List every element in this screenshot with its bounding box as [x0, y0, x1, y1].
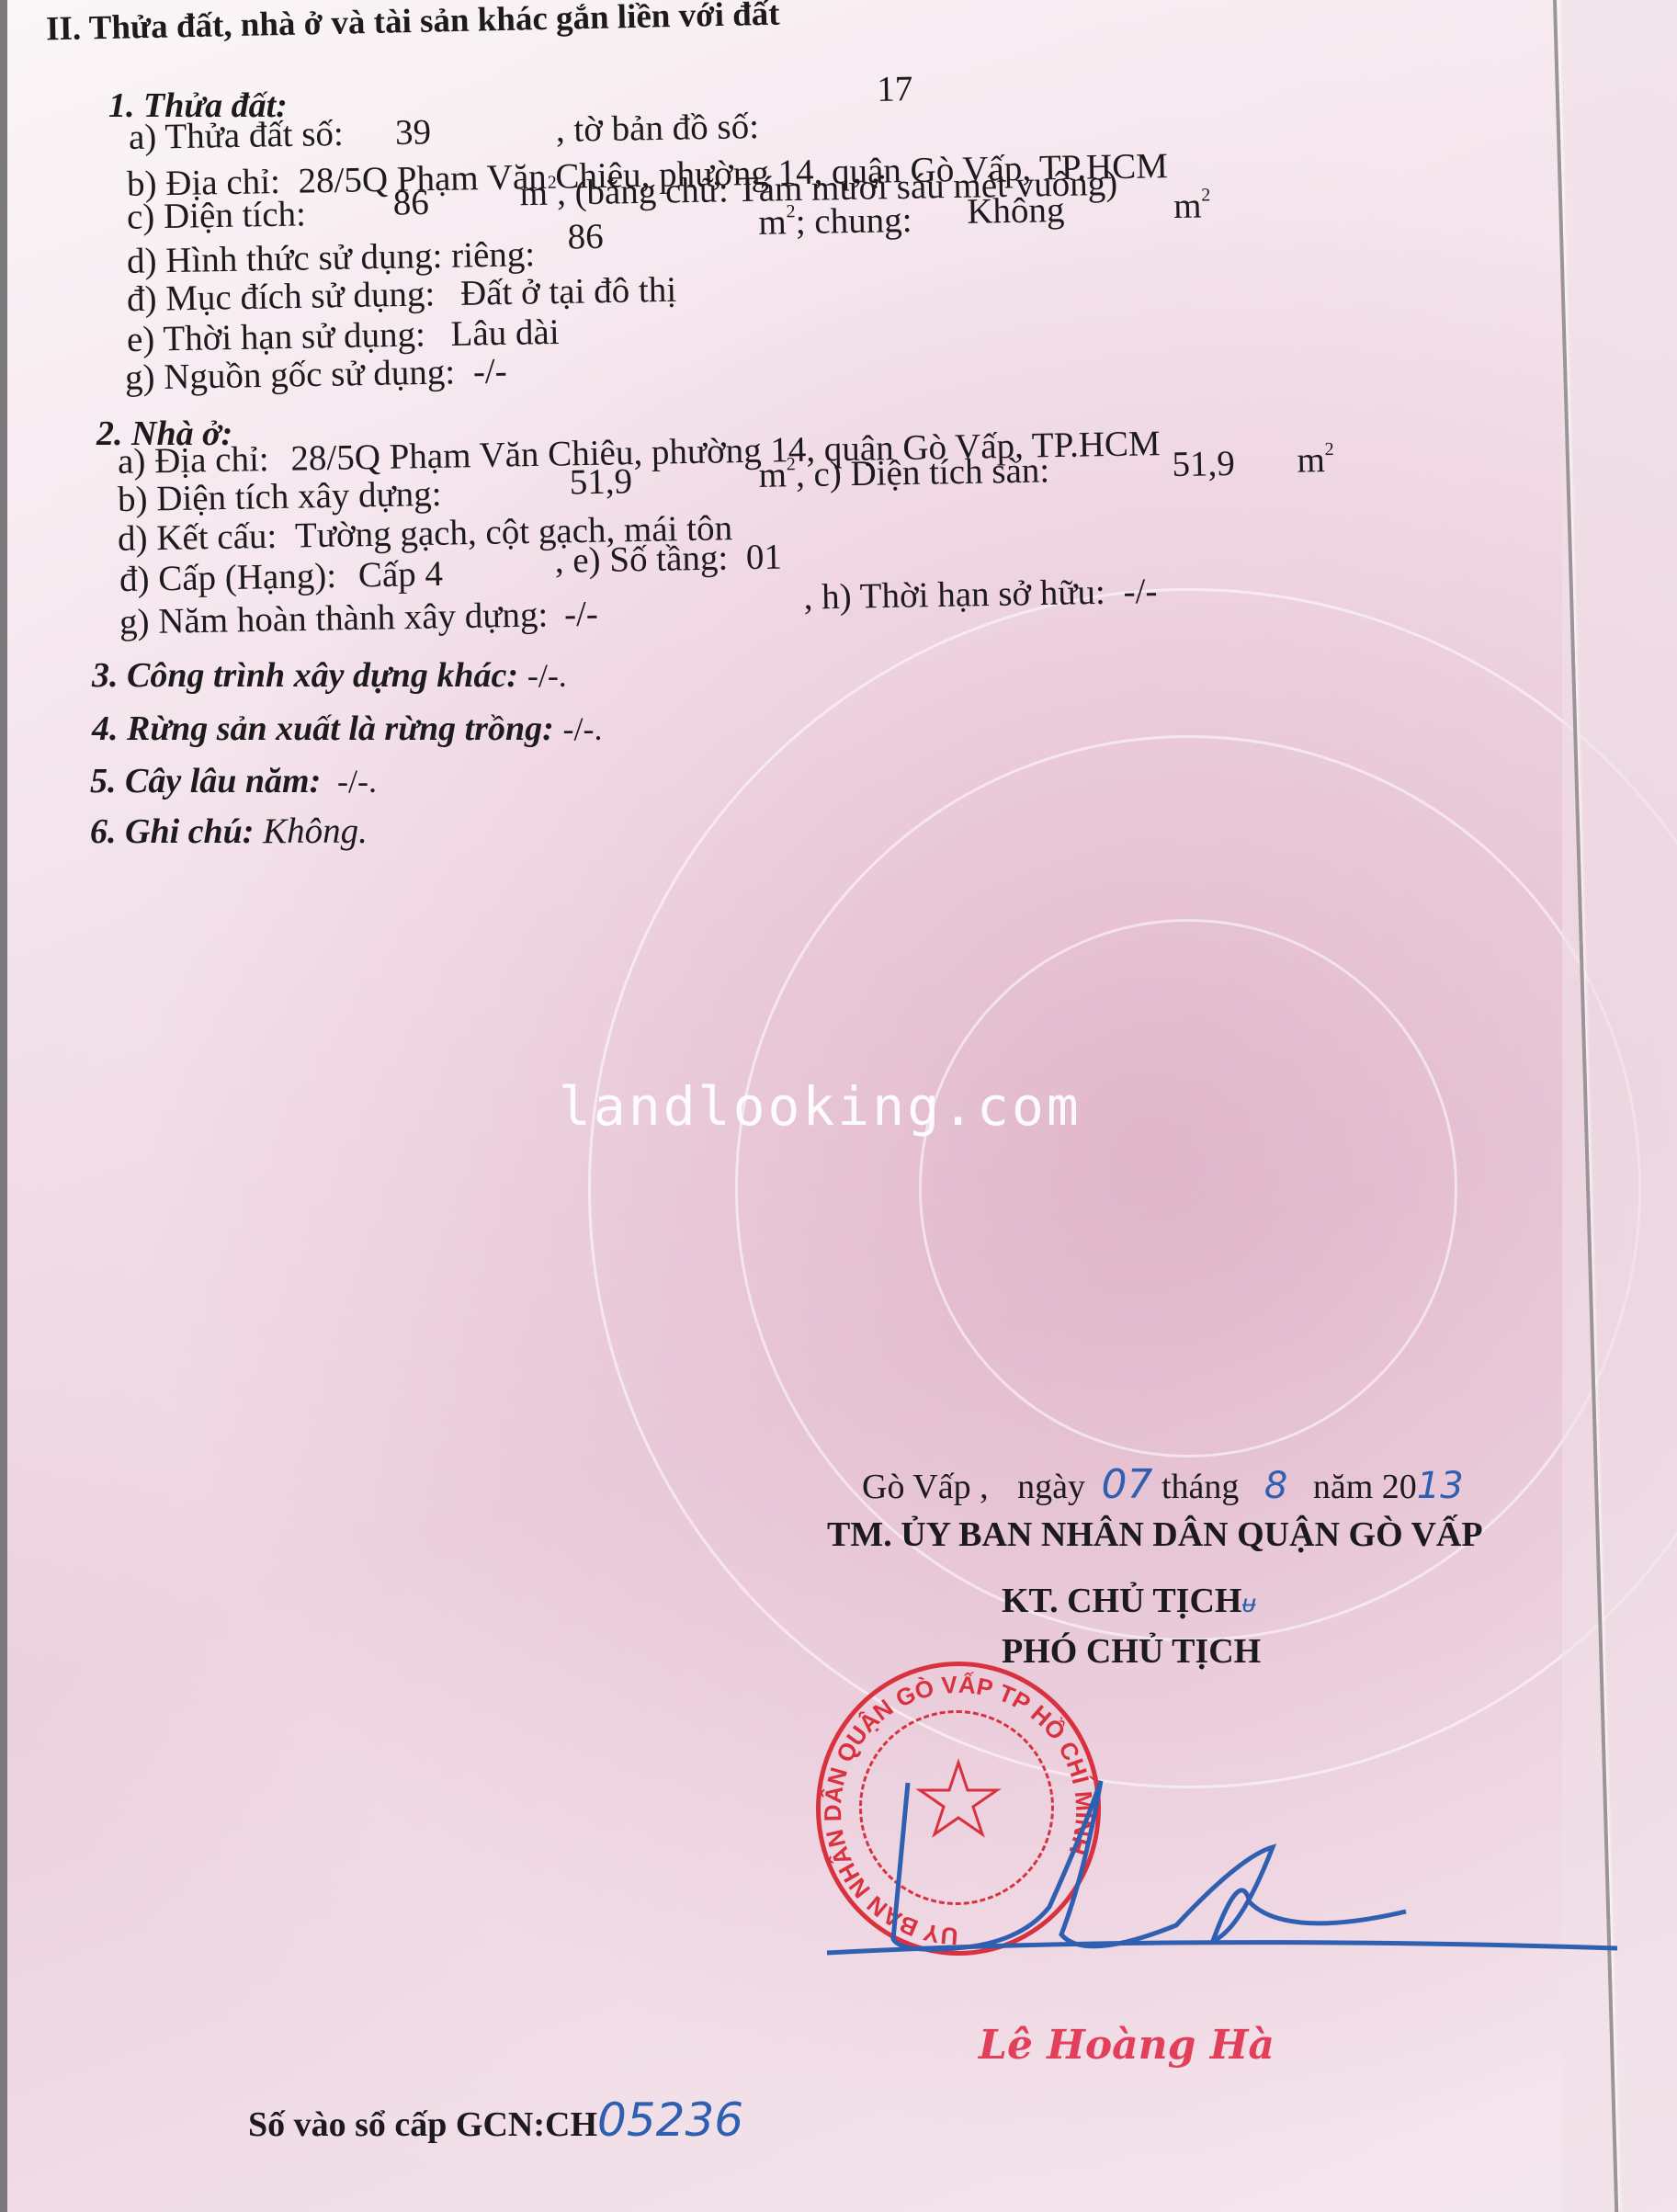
on-behalf-label: KT. CHỦ TỊCH [1002, 1582, 1241, 1620]
parcel-number: 39 [395, 111, 432, 153]
grade: Cấp 4 [357, 554, 443, 596]
bronze-drum-ring-inner [919, 919, 1457, 1458]
note-value: Không. [263, 811, 368, 851]
ownership-term: -/- [1123, 572, 1158, 612]
floor-area-label: , c) Diện tích sàn: [796, 450, 1050, 494]
signature-scribble [809, 1728, 1636, 1967]
year-label: năm 20 [1313, 1468, 1417, 1506]
purpose-label: đ) Mục đích sử dụng: [127, 274, 436, 319]
forest-label: 4. Rừng sản xuất là rừng trồng: [92, 709, 554, 748]
completion-label: g) Năm hoàn thành xây dựng: [119, 595, 549, 641]
origin-row: g) Nguồn gốc sử dụng: -/- [125, 350, 507, 398]
scan-edge [0, 0, 7, 2212]
purpose-row: đ) Mục đích sử dụng: Đất ở tại đô thị [127, 269, 677, 320]
land-area-row: c) Diện tích: 86 m2, (bằng chữ: Tám mươi… [127, 193, 307, 237]
shared-label: ; chung: [795, 200, 912, 242]
ownership-term-label: , h) Thời hạn sở hữu: [803, 573, 1105, 618]
perennial-label: 5. Cây lâu năm: [90, 762, 321, 800]
note-label: 6. Ghi chú: [90, 812, 254, 851]
grade-label: đ) Cấp (Hạng): [119, 556, 337, 599]
signer-name: Lê Hoàng Hà [979, 2022, 1275, 2069]
purpose: Đất ở tại đô thị [460, 270, 677, 313]
issue-month: 8 [1264, 1465, 1287, 1507]
land-area-label: c) Diện tích: [127, 194, 307, 236]
on-behalf-of: KT. CHỦ TỊCHᵾ [1002, 1581, 1256, 1621]
month-label: tháng [1161, 1468, 1239, 1506]
floor-area: 51,9 [1172, 443, 1235, 485]
other-structures-label: 3. Công trình xây dựng khác: [92, 656, 518, 695]
registry-number: 05236 [597, 2093, 743, 2147]
registry-label: Số vào sổ cấp GCN:CH [248, 2105, 597, 2144]
day-label: ngày [1017, 1468, 1085, 1506]
perennial-value: -/-. [337, 763, 377, 800]
build-area: 51,9 [569, 460, 632, 503]
watermark: landlooking.com [559, 1075, 1082, 1138]
issue-year-suffix: 13 [1417, 1465, 1464, 1507]
term: Lâu dài [450, 312, 560, 354]
section-title: II. Thửa đất, nhà ở và tài sản khác gắn … [46, 0, 780, 49]
parcel-row: a) Thửa đất số: 39 , tờ bản đồ số: 17 [129, 113, 345, 158]
registry-line: Số vào sổ cấp GCN:CH05236 [248, 2093, 743, 2147]
floors: 01 [746, 537, 783, 577]
completion: -/- [564, 594, 599, 634]
floors-label: , e) Số tầng: [554, 539, 728, 581]
origin: -/- [472, 351, 507, 391]
land-area: 86 [392, 182, 429, 224]
date-line: Gò Vấp , ngày 07 tháng 8 năm 2013 [862, 1461, 1464, 1508]
other-structures-value: -/-. [527, 657, 567, 694]
other-structures-row: 3. Công trình xây dựng khác: -/-. [92, 654, 567, 696]
shared-area: Không [967, 189, 1065, 233]
grade-row: đ) Cấp (Hạng): Cấp 4 , e) Số tầng: 01 [119, 553, 444, 600]
forest-row: 4. Rừng sản xuất là rừng trồng: -/-. [92, 708, 602, 749]
map-sheet-number: 17 [877, 68, 913, 110]
forest-value: -/-. [563, 710, 603, 747]
issue-day: 07 [1101, 1461, 1152, 1508]
origin-label: g) Nguồn gốc sử dụng: [125, 352, 456, 397]
parcel-label: a) Thửa đất số: [129, 114, 344, 157]
structure-label: d) Kết cấu: [118, 516, 278, 559]
note-row: 6. Ghi chú: Không. [90, 811, 368, 852]
completion-row: g) Năm hoàn thành xây dựng: -/- , h) Thờ… [119, 593, 599, 642]
issue-place: Gò Vấp , [862, 1468, 989, 1506]
land-area-unit: m [519, 174, 548, 214]
perennial-row: 5. Cây lâu năm: -/-. [90, 760, 377, 801]
issuing-authority: TM. ỦY BAN NHÂN DÂN QUẬN GÒ VẤP [827, 1514, 1483, 1555]
map-sheet-label: , tờ bản đồ số: [556, 106, 760, 151]
house-address-label: a) Địa chỉ: [118, 439, 269, 482]
private-area: 86 [567, 216, 604, 258]
